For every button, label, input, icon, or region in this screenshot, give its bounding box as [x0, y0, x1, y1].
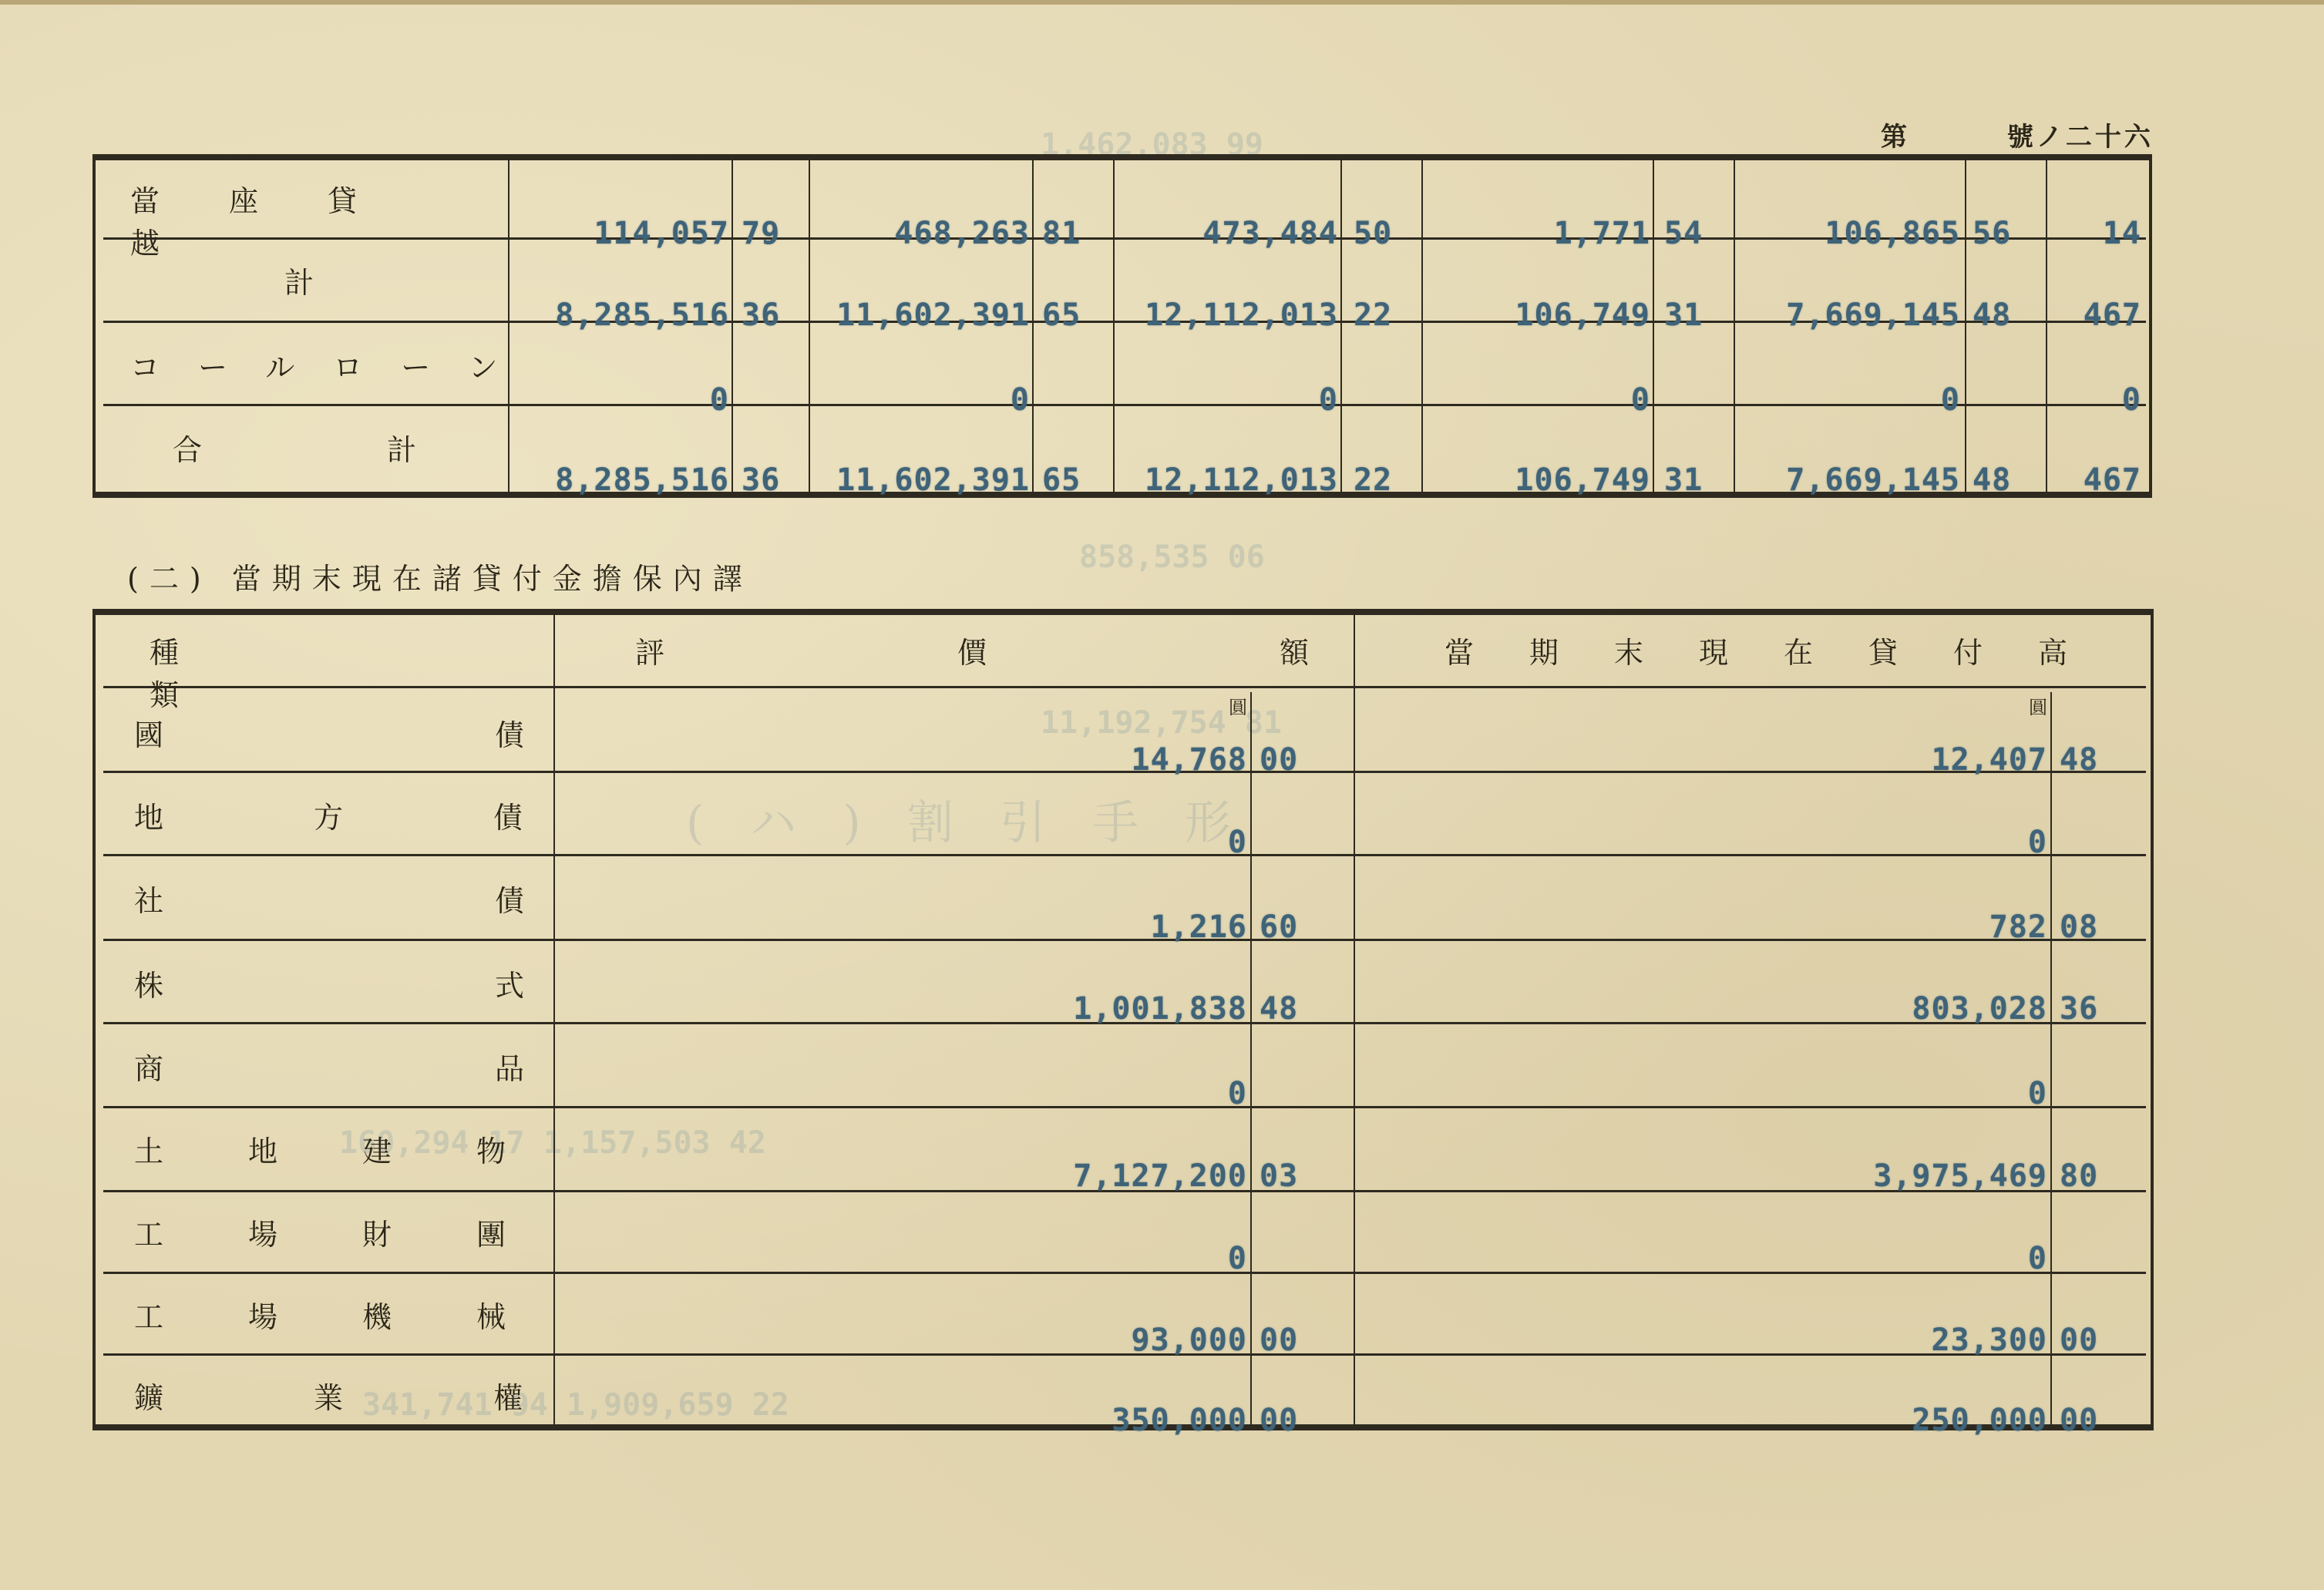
cell-value: 473,484	[1202, 216, 1338, 251]
cell-value: 7,669,145	[1786, 297, 1960, 333]
outstanding-sen: 48	[2060, 742, 2098, 778]
cell-value: 36	[742, 462, 780, 498]
appraisal-value: 93,000	[1132, 1323, 1248, 1358]
cell-value: 0	[1941, 382, 1960, 418]
section-title: (二) 當期末現在諸貸付金擔保內譯	[127, 555, 753, 597]
appraisal-value: 7,127,200	[1073, 1158, 1247, 1194]
cell-value: 81	[1042, 216, 1081, 251]
outstanding-value: 803,028	[1912, 991, 2047, 1027]
row-label-stocks: 株式	[134, 962, 856, 1004]
cell-value: 467	[2084, 297, 2141, 333]
page-number-prefix: 第	[1881, 122, 1910, 153]
row-label-factory-foundation: 工場財團	[134, 1211, 590, 1253]
cell-value: 106,865	[1825, 216, 1960, 251]
cell-value: 11,602,391	[836, 297, 1030, 333]
row-label-subtotal: 計	[284, 259, 314, 301]
cell-value: 468,263	[894, 216, 1030, 251]
row-label-overdraft: 當座貸越	[130, 177, 469, 262]
outstanding-sen: 36	[2060, 991, 2098, 1027]
cell-value: 106,749	[1515, 297, 1650, 333]
cell-value: 12,112,013	[1145, 462, 1338, 498]
appraisal-value: 0	[1228, 1076, 1247, 1111]
cell-value: 0	[710, 382, 729, 418]
outstanding-sen: 00	[2060, 1323, 2098, 1358]
header-outstanding-loans: 當期末現在貸付高	[1445, 629, 2123, 671]
cell-value: 48	[1973, 297, 2011, 333]
cell-value: 48	[1973, 462, 2011, 498]
appraisal-sen: 03	[1260, 1158, 1298, 1194]
appraisal-value: 0	[1228, 825, 1247, 860]
cell-value: 0	[1631, 382, 1650, 418]
appraisal-value: 0	[1228, 1241, 1247, 1276]
appraisal-value: 14,768	[1132, 742, 1248, 778]
outstanding-sen: 08	[2060, 909, 2098, 945]
cell-value: 0	[1319, 382, 1338, 418]
paper-top-edge	[0, 0, 2324, 5]
cell-value: 31	[1664, 462, 1703, 498]
row-label-land-buildings: 土地建物	[134, 1128, 590, 1170]
cell-value: 65	[1042, 297, 1081, 333]
cell-value: 50	[1354, 216, 1392, 251]
appraisal-sen: 00	[1260, 742, 1298, 778]
outstanding-value: 250,000	[1912, 1403, 2047, 1438]
appraisal-sen: 00	[1260, 1403, 1298, 1438]
cell-value: 106,749	[1515, 462, 1650, 498]
collateral-breakdown-table: 種類 評價額 當期末現在貸付高 圓 圓 國債 地方債 社債 株式 商品 土地建物…	[92, 609, 2154, 1430]
outstanding-value: 12,407	[1932, 742, 2048, 778]
row-label-mining-rights: 鑛業權	[134, 1374, 673, 1417]
cell-value: 54	[1664, 216, 1703, 251]
bleed-through-numbers: 858,535 06	[1079, 540, 1265, 575]
outstanding-value: 0	[2028, 1076, 2047, 1111]
row-label-factory-machinery: 工場機械	[134, 1293, 590, 1336]
cell-value: 11,602,391	[836, 462, 1030, 498]
cell-value: 12,112,013	[1145, 297, 1338, 333]
appraisal-value: 1,216	[1151, 909, 1247, 945]
appraisal-sen: 48	[1260, 991, 1298, 1027]
cell-value: 65	[1042, 462, 1081, 498]
outstanding-value: 3,975,469	[1873, 1158, 2047, 1194]
cell-value: 8,285,516	[555, 462, 729, 498]
outstanding-value: 0	[2028, 825, 2047, 860]
row-label-call-loan: コールローン	[130, 344, 536, 386]
loan-summary-table: 當座貸越 計 コールローン 合計 114,057 79 468,263 81 4…	[92, 154, 2152, 498]
cell-value: 467	[2084, 462, 2141, 498]
cell-value: 22	[1354, 462, 1392, 498]
outstanding-value: 782	[1989, 909, 2047, 945]
row-label-merchandise: 商品	[134, 1045, 856, 1087]
header-type: 種類	[150, 629, 512, 714]
row-label-grand-total: 合計	[173, 426, 601, 469]
outstanding-value: 0	[2028, 1241, 2047, 1276]
outstanding-sen: 80	[2060, 1158, 2098, 1194]
cell-value: 0	[2122, 382, 2141, 418]
outstanding-value: 23,300	[1932, 1323, 2048, 1358]
appraisal-sen: 00	[1260, 1323, 1298, 1358]
row-label-national-bonds: 國債	[134, 711, 856, 754]
unit-yen-appraisal: 圓	[1229, 692, 1247, 719]
cell-value: 14	[2103, 216, 2141, 251]
cell-value: 79	[742, 216, 780, 251]
appraisal-value: 350,000	[1112, 1403, 1247, 1438]
row-label-local-bonds: 地方債	[134, 794, 673, 836]
cell-value: 31	[1664, 297, 1703, 333]
row-label-corporate-bonds: 社債	[134, 877, 856, 919]
cell-value: 56	[1973, 216, 2011, 251]
appraisal-value: 1,001,838	[1073, 991, 1247, 1027]
cell-value: 36	[742, 297, 780, 333]
appraisal-sen: 60	[1260, 909, 1298, 945]
unit-yen-outstanding: 圓	[2029, 692, 2047, 719]
page-number-value: 號ノ二十六	[2007, 122, 2154, 153]
outstanding-sen: 00	[2060, 1403, 2098, 1438]
cell-value: 7,669,145	[1786, 462, 1960, 498]
cell-value: 0	[1011, 382, 1030, 418]
page-number: 第 號ノ二十六	[1881, 116, 2154, 153]
cell-value: 114,057	[594, 216, 729, 251]
cell-value: 8,285,516	[555, 297, 729, 333]
cell-value: 1,771	[1554, 216, 1650, 251]
cell-value: 22	[1354, 297, 1392, 333]
